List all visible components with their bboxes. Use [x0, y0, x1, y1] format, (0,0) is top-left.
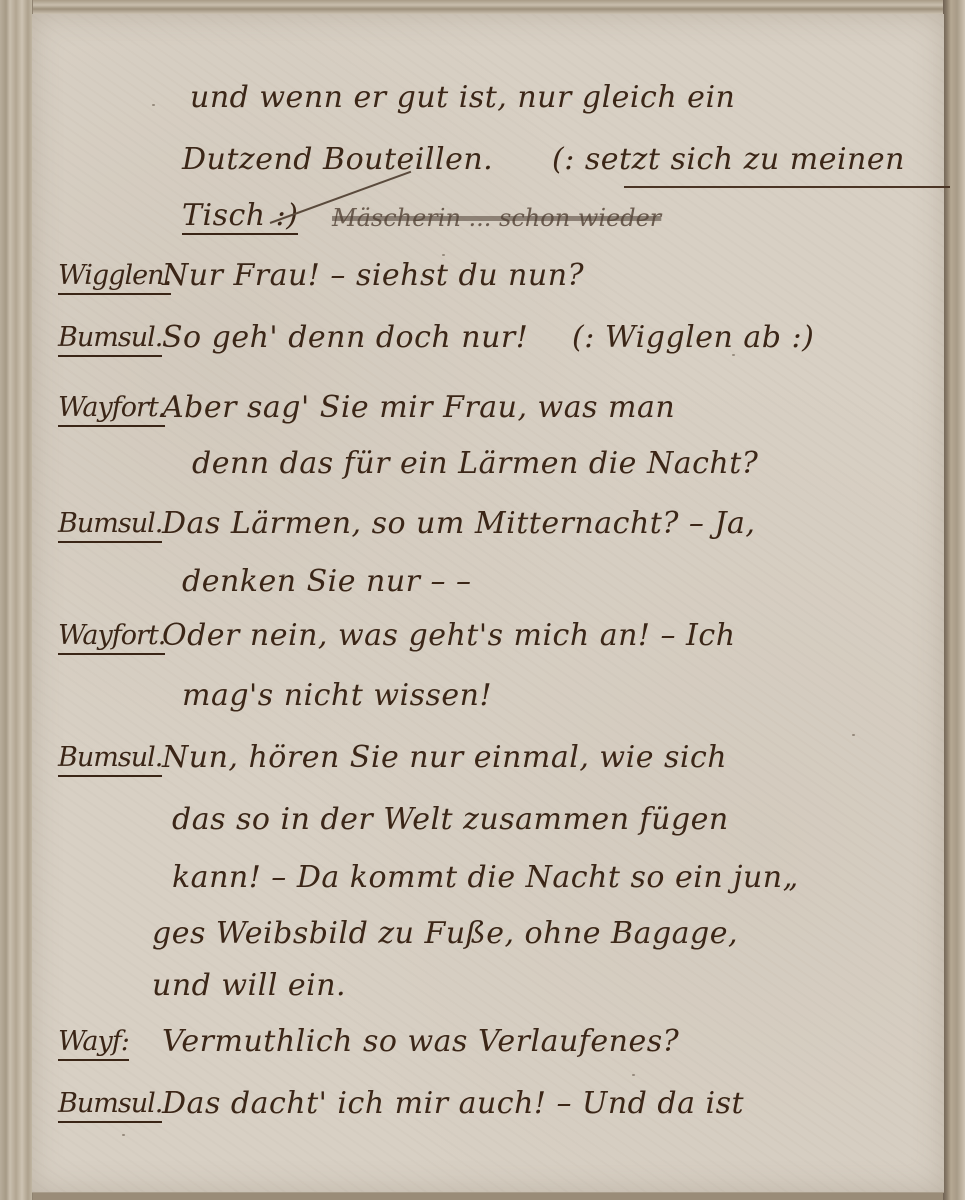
stage-direction-underline [624, 186, 950, 188]
line-text: kann! – Da kommt die Nacht so ein jun„ [172, 860, 799, 895]
manuscript-line: Bumsul. Nun, hören Sie nur einmal, wie s… [32, 736, 944, 796]
stage-direction: (: setzt sich zu meinen [552, 142, 905, 177]
speaker-name: Wigglen. [58, 260, 171, 295]
manuscript-line: Bumsul. Das Lärmen, so um Mitternacht? –… [32, 502, 944, 562]
line-text: Vermuthlich so was Verlaufenes? [162, 1024, 679, 1059]
manuscript-line: kann! – Da kommt die Nacht so ein jun„ [32, 856, 944, 916]
line-text: denken Sie nur – – [182, 564, 472, 599]
speaker-name: Bumsul. [58, 322, 162, 357]
manuscript-line: Wayf: Vermuthlich so was Verlaufenes? [32, 1020, 944, 1080]
stage-direction: (: Wigglen ab :) [572, 320, 814, 355]
manuscript-line: und wenn er gut ist, nur gleich ein [32, 76, 944, 136]
book-right-edge [943, 0, 965, 1200]
line-text: und will ein. [152, 968, 346, 1003]
line-text: Das Lärmen, so um Mitternacht? – Ja, [162, 506, 755, 541]
speaker-name: Bumsul. [58, 1088, 162, 1123]
line-text: Oder nein, was geht's mich an! – Ich [162, 618, 736, 653]
manuscript-line: das so in der Welt zusammen fügen [32, 798, 944, 858]
book-binding-edge [0, 0, 33, 1200]
line-text: ges Weibsbild zu Fuße, ohne Bagage, [152, 916, 738, 951]
speaker-name: Bumsul. [58, 508, 162, 543]
manuscript-line: ges Weibsbild zu Fuße, ohne Bagage, [32, 912, 944, 972]
manuscript-line: Tisch :) Mäscherin ... schon wieder [32, 194, 944, 254]
line-text: und wenn er gut ist, nur gleich ein [190, 80, 735, 115]
speaker-name: Wayf: [58, 1026, 129, 1061]
manuscript-line: Wayfort. Aber sag' Sie mir Frau, was man [32, 386, 944, 446]
line-text: Tisch :) [182, 198, 298, 235]
speaker-name: Wayfort. [58, 620, 165, 655]
scanned-book: und wenn er gut ist, nur gleich ein Dutz… [0, 0, 965, 1200]
line-text: Nur Frau! – siehst du nun? [162, 258, 584, 293]
manuscript-line: und will ein. [32, 964, 944, 1024]
line-text: das so in der Welt zusammen fügen [172, 802, 729, 837]
speaker-name: Bumsul. [58, 742, 162, 777]
manuscript-line: Wayfort. Oder nein, was geht's mich an! … [32, 614, 944, 674]
manuscript-line: denn das für ein Lärmen die Nacht? [32, 442, 944, 502]
manuscript-line: Dutzend Bouteillen. (: setzt sich zu mei… [32, 138, 944, 198]
line-text: mag's nicht wissen! [182, 678, 492, 713]
manuscript-page: und wenn er gut ist, nur gleich ein Dutz… [32, 14, 944, 1193]
page-top-edge [0, 0, 965, 14]
line-text: So geh' denn doch nur! [162, 320, 528, 355]
speaker-name: Wayfort. [58, 392, 165, 427]
struck-through-text: Mäscherin ... schon wieder [332, 204, 661, 232]
manuscript-line: Bumsul. So geh' denn doch nur! (: Wiggle… [32, 316, 944, 376]
manuscript-line: Wigglen. Nur Frau! – siehst du nun? [32, 254, 944, 314]
line-text: Nun, hören Sie nur einmal, wie sich [162, 740, 727, 775]
manuscript-line: mag's nicht wissen! [32, 674, 944, 734]
line-text: Dutzend Bouteillen. [182, 142, 493, 177]
line-text: Aber sag' Sie mir Frau, was man [162, 390, 675, 425]
manuscript-line: Bumsul. Das dacht' ich mir auch! – Und d… [32, 1082, 944, 1142]
line-text: denn das für ein Lärmen die Nacht? [192, 446, 758, 481]
manuscript-line: denken Sie nur – – [32, 560, 944, 620]
line-text: Das dacht' ich mir auch! – Und da ist [162, 1086, 744, 1121]
